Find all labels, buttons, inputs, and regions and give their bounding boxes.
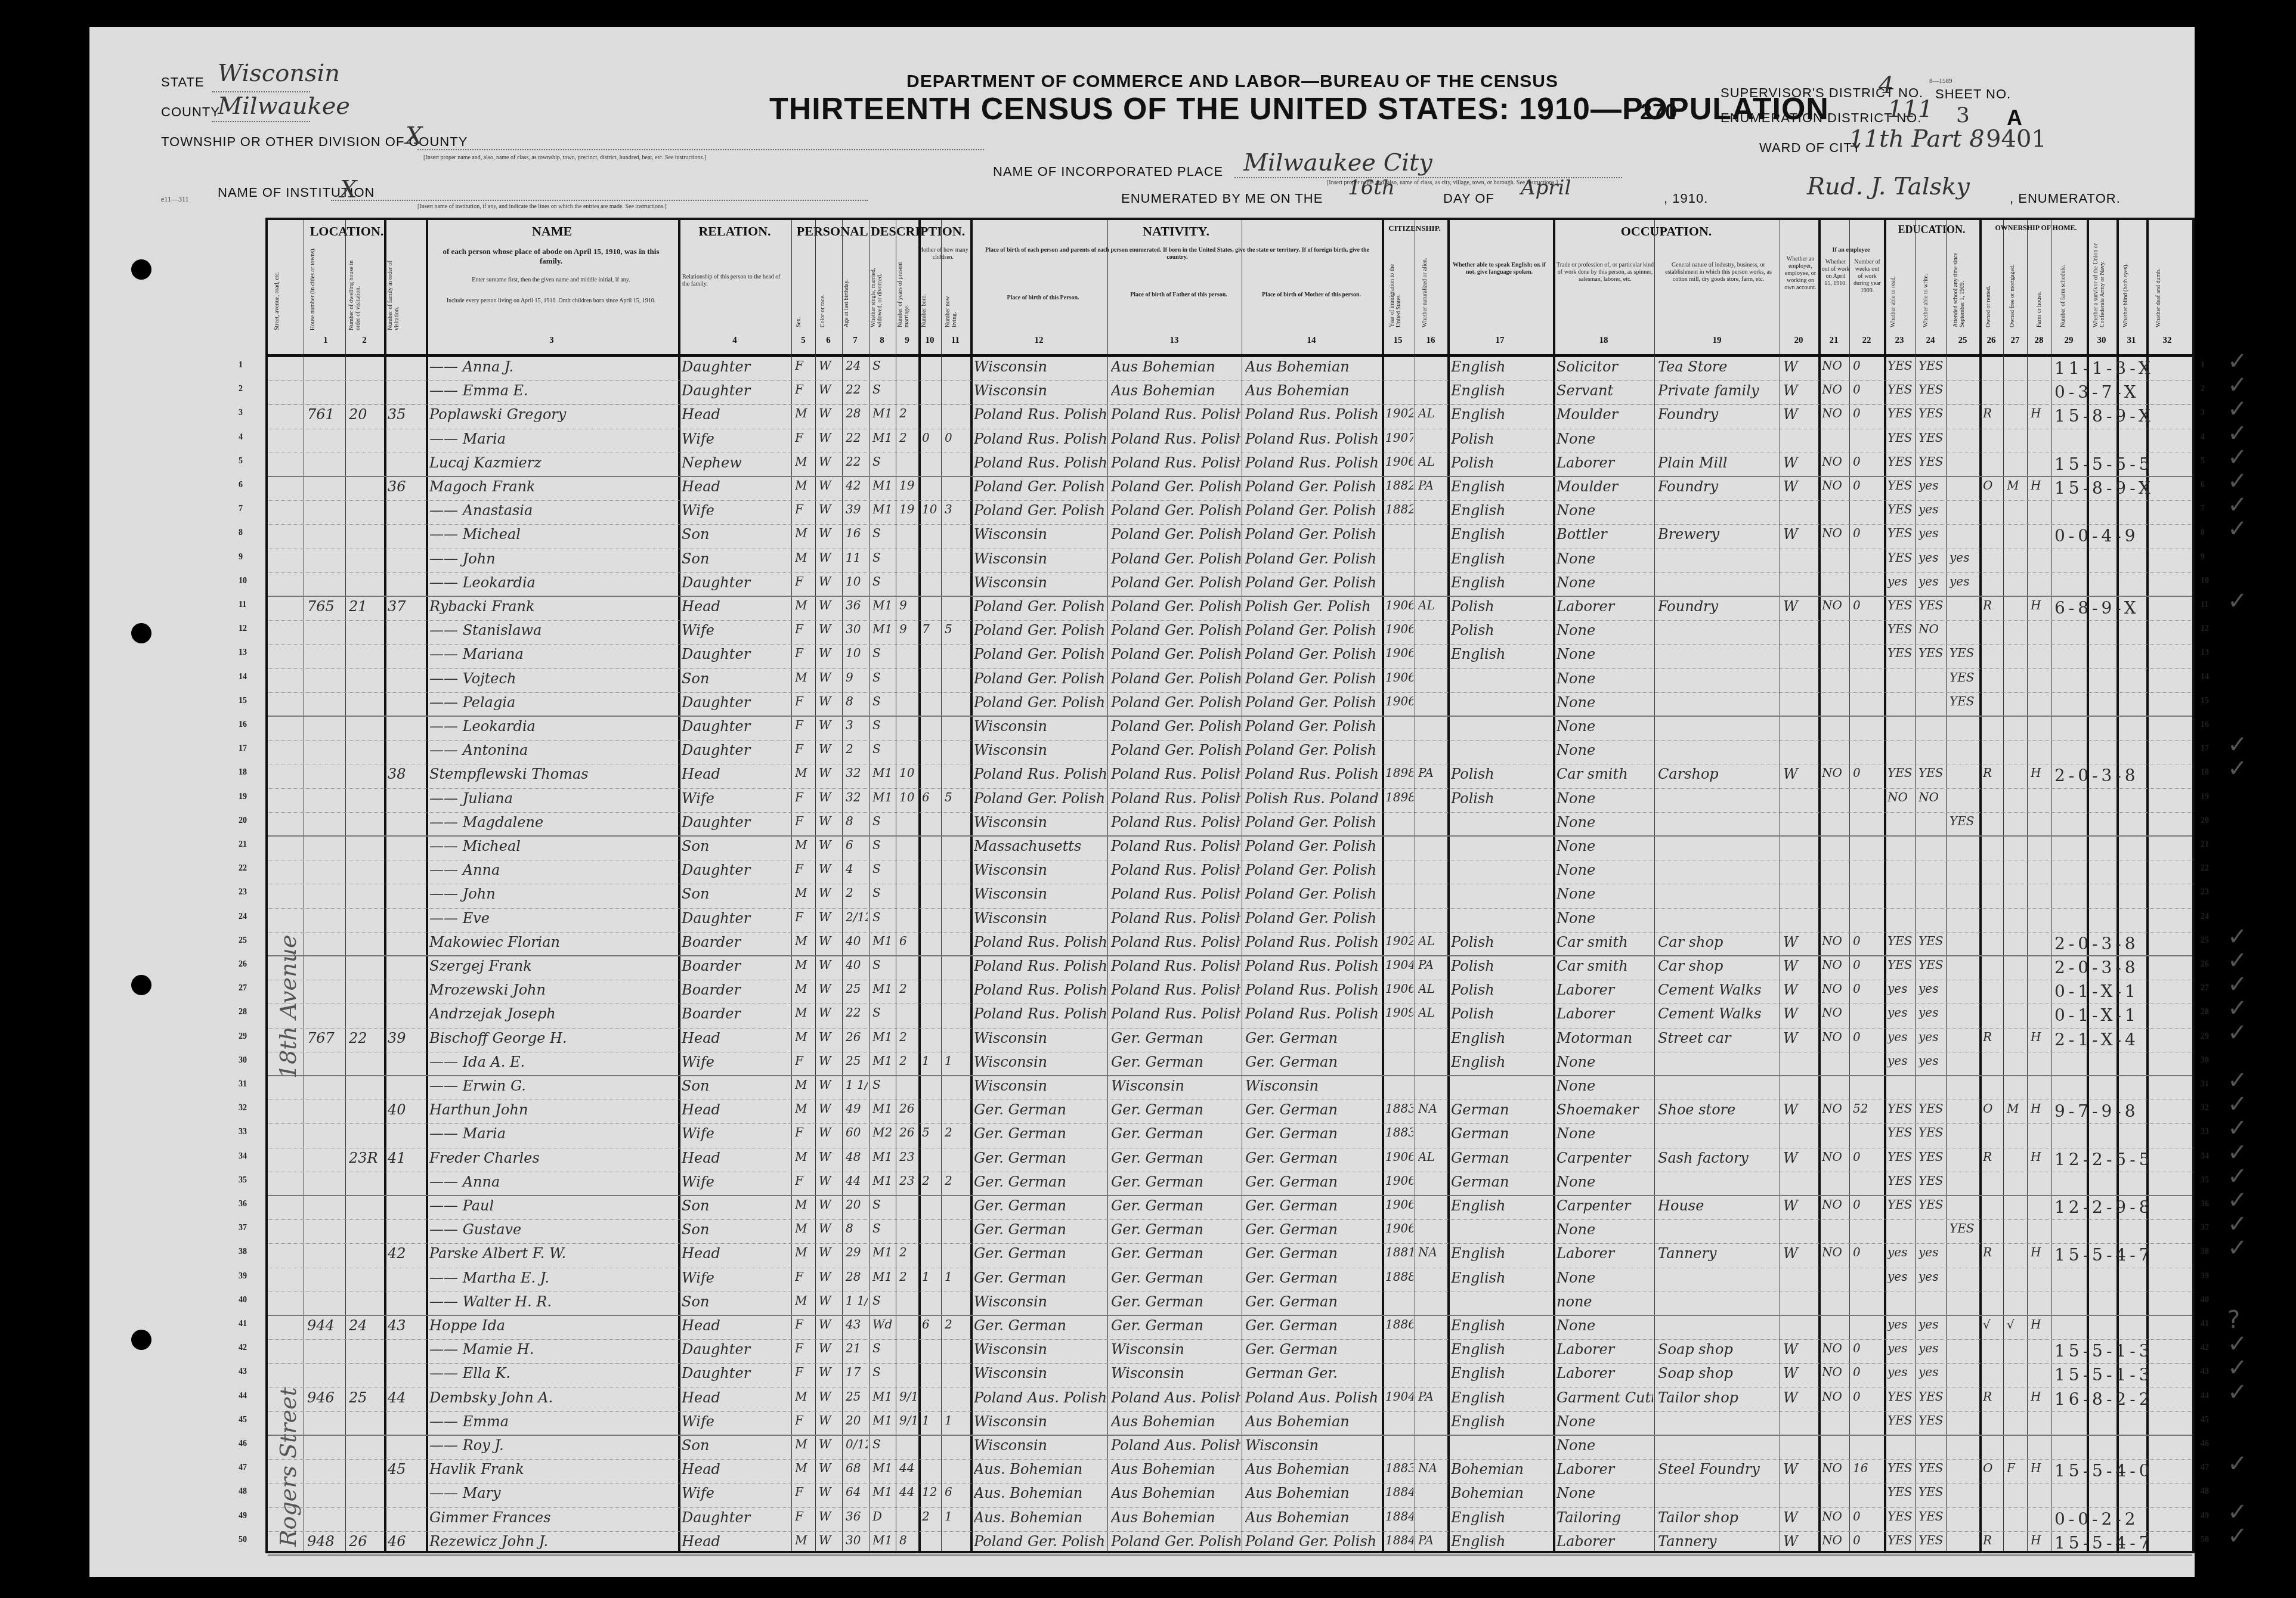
cell-pob: Poland Ger. Polish <box>974 694 1106 717</box>
cell-sex: F <box>795 502 814 525</box>
cell-sex: M <box>795 1389 814 1412</box>
cell-read: YES <box>1887 526 1914 549</box>
cell-farm <box>2031 1413 2050 1436</box>
cell-read: yes <box>1887 1005 1914 1028</box>
cell-pob_f: Wisconsin <box>1111 1365 1240 1388</box>
cell-code <box>2054 1437 2193 1460</box>
cell-code: 15-5-4-7 <box>2054 1533 2193 1556</box>
cell-living <box>945 1245 969 1268</box>
cell-industry <box>1658 431 1778 453</box>
cell-code: 2-0-3-8 <box>2054 934 2193 956</box>
cell-marital: M1 <box>872 1101 895 1124</box>
cell-imm <box>1385 1077 1413 1100</box>
cell-nat <box>1418 910 1446 933</box>
cell-relation: Son <box>682 838 790 860</box>
cell-house <box>307 1245 344 1268</box>
cell-own: R <box>1983 1150 2002 1172</box>
table-row: —— AntoninaDaughterFW2SWisconsinPoland G… <box>268 741 2192 764</box>
cell-dwelling <box>349 550 383 573</box>
cell-read: YES <box>1887 766 1914 788</box>
cell-farm: H <box>2031 1389 2050 1412</box>
cell-family <box>388 862 425 884</box>
cell-out <box>1822 862 1848 884</box>
cell-lang: English <box>1451 1389 1552 1412</box>
cell-pob_f: Aus Bohemian <box>1111 1509 1240 1532</box>
cell-relation: Wife <box>682 1125 790 1148</box>
cell-imm: 1906 <box>1385 598 1413 621</box>
cell-own <box>1983 1293 2002 1316</box>
cell-living <box>945 718 969 741</box>
cell-marital: M1 <box>872 1030 895 1052</box>
cell-weeks <box>1853 646 1883 668</box>
cell-write: YES <box>1919 1125 1945 1148</box>
cell-ym <box>899 862 917 884</box>
cell-read <box>1887 910 1914 933</box>
table-row: 36Magoch FrankHeadMW42M119Poland Ger. Po… <box>268 477 2192 501</box>
cell-own <box>1983 622 2002 645</box>
cell-pob_f: Poland Rus. Polish <box>1111 885 1240 908</box>
cell-born <box>922 1005 940 1028</box>
cell-imm: 1884 <box>1385 1509 1413 1532</box>
cell-name: Andrzejak Joseph <box>429 1005 677 1028</box>
cell-born <box>922 1533 940 1556</box>
cell-house <box>307 814 344 837</box>
checkmark-icon: ✓ <box>2227 1354 2248 1382</box>
table-row: —— VojtechSonMW9SPoland Ger. PolishPolan… <box>268 669 2192 693</box>
place-label: NAME OF INCORPORATED PLACE <box>993 164 1223 179</box>
cell-living: 0 <box>945 431 969 453</box>
cell-school <box>1950 1509 1978 1532</box>
cell-out: NO <box>1822 382 1848 405</box>
cell-imm: 1909 <box>1385 1005 1413 1028</box>
cell-read: YES <box>1887 502 1914 525</box>
cell-farm <box>2031 502 2050 525</box>
cell-race: W <box>819 598 841 621</box>
cell-name: —— Martha E. J. <box>429 1269 677 1292</box>
cell-marital: M1 <box>872 1245 895 1268</box>
cell-age: 22 <box>846 431 868 453</box>
cell-ym: 2 <box>899 1269 917 1292</box>
cell-mort <box>2007 622 2026 645</box>
cell-pob: Ger. German <box>974 1221 1106 1244</box>
cell-born <box>922 694 940 717</box>
cell-out: NO <box>1822 1533 1848 1556</box>
cell-pob: Ger. German <box>974 1245 1106 1268</box>
cell-industry: Soap shop <box>1658 1341 1778 1364</box>
cell-pob_m: Poland Ger. Polish <box>1245 838 1381 860</box>
cell-race: W <box>819 958 841 980</box>
cell-dwelling <box>349 1509 383 1532</box>
cell-ym <box>899 910 917 933</box>
cell-out <box>1822 550 1848 573</box>
cell-mort <box>2007 766 2026 788</box>
line-number: 25 <box>2201 936 2209 946</box>
cell-school <box>1950 1461 1978 1484</box>
cell-out <box>1822 646 1848 668</box>
cell-house <box>307 646 344 668</box>
cell-mort <box>2007 1030 2026 1052</box>
cell-race: W <box>819 622 841 645</box>
cell-pob_f: Poland Rus. Polish <box>1111 958 1240 980</box>
cell-weeks <box>1853 1317 1883 1340</box>
cell-out: NO <box>1822 1005 1848 1028</box>
cell-family: 38 <box>388 766 425 788</box>
cell-write: YES <box>1919 1101 1945 1124</box>
cell-relation: Daughter <box>682 382 790 405</box>
cell-pob_m: Ger. German <box>1245 1341 1381 1364</box>
cell-read <box>1887 1077 1914 1100</box>
cell-house <box>307 766 344 788</box>
cell-read <box>1887 838 1914 860</box>
cell-emp <box>1783 1125 1817 1148</box>
cell-trade: Laborer <box>1557 981 1653 1004</box>
employer-header: Whether an employer, employee, or workin… <box>1783 256 1818 292</box>
line-number: 28 <box>2201 1008 2209 1017</box>
cell-nat <box>1418 502 1446 525</box>
cell-name: —— Emma E. <box>429 382 677 405</box>
cell-lang: Bohemian <box>1451 1485 1552 1507</box>
cell-own <box>1983 790 2002 813</box>
cell-sex: M <box>795 406 814 429</box>
cell-born <box>922 958 940 980</box>
cell-pob: Wisconsin <box>974 1413 1106 1436</box>
line-number: 4 <box>239 433 243 442</box>
cell-born <box>922 478 940 501</box>
group-ownership: OWNERSHIP OF HOME. <box>1979 224 2093 233</box>
cell-out <box>1822 910 1848 933</box>
cell-own <box>1983 1173 2002 1196</box>
cell-age: 2 <box>846 885 868 908</box>
binder-hole-icon <box>131 1330 151 1350</box>
cell-emp <box>1783 1221 1817 1244</box>
cell-pob: Wisconsin <box>974 910 1106 933</box>
cell-marital: S <box>872 550 895 573</box>
cell-mort <box>2007 574 2026 597</box>
column-number: 23 <box>1890 336 1908 346</box>
cell-family <box>388 790 425 813</box>
cell-own: O <box>1983 1101 2002 1124</box>
cell-pob: Ger. German <box>974 1150 1106 1172</box>
cell-name: —— Micheal <box>429 838 677 860</box>
cell-house <box>307 934 344 956</box>
cell-sex: F <box>795 718 814 741</box>
cell-age: 28 <box>846 406 868 429</box>
cell-industry <box>1658 742 1778 764</box>
cell-pob_m: Poland Ger. Polish <box>1245 622 1381 645</box>
cell-trade: Laborer <box>1557 1005 1653 1028</box>
cell-house: 767 <box>307 1030 344 1052</box>
table-row: 9462544Dembsky John A.HeadMW25M19/12Pola… <box>268 1388 2192 1412</box>
cell-pob: Poland Rus. Polish <box>974 958 1106 980</box>
cell-mort <box>2007 454 2026 477</box>
cell-family: 43 <box>388 1317 425 1340</box>
township-note: [Insert proper name and, also, name of c… <box>423 154 706 161</box>
cell-pob: Aus. Bohemian <box>974 1485 1106 1507</box>
cell-out <box>1822 574 1848 597</box>
cell-imm: 1906 <box>1385 670 1413 693</box>
cell-imm <box>1385 1054 1413 1076</box>
cell-trade: Tailoring <box>1557 1509 1653 1532</box>
checkmark-icon: ✓ <box>2227 1114 2248 1142</box>
cell-mort <box>2007 862 2026 884</box>
cell-ym: 10 <box>899 766 917 788</box>
cell-dwelling <box>349 358 383 381</box>
cell-write: yes <box>1919 502 1945 525</box>
cell-pob_m: Polish Ger. Polish <box>1245 598 1381 621</box>
table-row: —— AnastasiaWifeFW39M119103Poland Ger. P… <box>268 501 2192 525</box>
cell-nat <box>1418 1197 1446 1220</box>
cell-relation: Head <box>682 1461 790 1484</box>
cell-name: —— Pelagia <box>429 694 677 717</box>
cell-age: 25 <box>846 1389 868 1412</box>
cell-own <box>1983 502 2002 525</box>
cell-read: YES <box>1887 1197 1914 1220</box>
column-number: 15 <box>1389 336 1407 346</box>
table-row: 7612035Poplawski GregoryHeadMW28M12Polan… <box>268 405 2192 429</box>
line-number: 17 <box>2201 744 2209 754</box>
cell-family <box>388 431 425 453</box>
cell-ym: 2 <box>899 1245 917 1268</box>
cell-mort: F <box>2007 1461 2026 1484</box>
cell-industry <box>1658 814 1778 837</box>
cell-marital: S <box>872 1077 895 1100</box>
cell-pob_f: Ger. German <box>1111 1101 1240 1124</box>
cell-write <box>1919 1293 1945 1316</box>
cell-write: YES <box>1919 934 1945 956</box>
cell-living <box>945 478 969 501</box>
cell-nat <box>1418 694 1446 717</box>
cell-lang: English <box>1451 1317 1552 1340</box>
cell-school <box>1950 766 1978 788</box>
cell-nat <box>1418 574 1446 597</box>
cell-sex: M <box>795 838 814 860</box>
cell-lang: Polish <box>1451 598 1552 621</box>
cell-read: YES <box>1887 1533 1914 1556</box>
line-number: 38 <box>2201 1247 2209 1257</box>
cell-trade: None <box>1557 814 1653 837</box>
cell-dwelling: 25 <box>349 1389 383 1412</box>
cell-name: —— John <box>429 550 677 573</box>
checkmark-icon: ✓ <box>2227 755 2248 782</box>
cell-imm: 1888 <box>1385 1269 1413 1292</box>
cell-ym <box>899 958 917 980</box>
cell-mort <box>2007 958 2026 980</box>
cell-own: R <box>1983 1533 2002 1556</box>
cell-pob_f: Ger. German <box>1111 1150 1240 1172</box>
cell-age: 8 <box>846 694 868 717</box>
cell-born <box>922 910 940 933</box>
line-number: 18 <box>2201 768 2209 778</box>
cell-name: Lucaj Kazmierz <box>429 454 677 477</box>
cell-code: 15-8-9-X <box>2054 406 2193 429</box>
cell-relation: Wife <box>682 502 790 525</box>
cell-race: W <box>819 838 841 860</box>
cell-mort <box>2007 885 2026 908</box>
cell-emp: W <box>1783 1389 1817 1412</box>
cell-born: 1 <box>922 1054 940 1076</box>
cell-read: YES <box>1887 478 1914 501</box>
cell-emp: W <box>1783 1509 1817 1532</box>
cell-pob_f: Poland Rus. Polish <box>1111 431 1240 453</box>
cell-living <box>945 526 969 549</box>
cell-ym: 19 <box>899 478 917 501</box>
line-number: 9 <box>2201 553 2205 562</box>
line-number: 2 <box>2201 385 2205 394</box>
cell-family <box>388 1437 425 1460</box>
cell-write <box>1919 814 1945 837</box>
ed-value: 111 <box>1887 95 1933 123</box>
cell-nat <box>1418 1269 1446 1292</box>
line-number: 8 <box>2201 528 2205 538</box>
cell-house <box>307 1150 344 1172</box>
cell-house <box>307 550 344 573</box>
cell-weeks <box>1853 694 1883 717</box>
cell-age: 26 <box>846 1030 868 1052</box>
checkmark-icon: ? <box>2227 1306 2240 1334</box>
cell-trade: Garment Cutter <box>1557 1389 1653 1412</box>
cell-pob: Poland Rus. Polish <box>974 1005 1106 1028</box>
cell-weeks <box>1853 885 1883 908</box>
cell-emp: W <box>1783 598 1817 621</box>
cell-race: W <box>819 1054 841 1076</box>
cell-pob_f: Poland Ger. Polish <box>1111 718 1240 741</box>
cell-farm <box>2031 1341 2050 1364</box>
cell-marital: M1 <box>872 1461 895 1484</box>
line-number: 21 <box>239 840 247 850</box>
cell-dwelling <box>349 431 383 453</box>
cell-house <box>307 574 344 597</box>
cell-nat: NA <box>1418 1461 1446 1484</box>
cell-dwelling <box>349 382 383 405</box>
cell-industry <box>1658 1173 1778 1196</box>
cell-write: YES <box>1919 1173 1945 1196</box>
cell-read: yes <box>1887 981 1914 1004</box>
cell-pob_m: Poland Rus. Polish <box>1245 981 1381 1004</box>
cell-write <box>1919 670 1945 693</box>
column-number: 26 <box>1982 336 2000 346</box>
column-number: 19 <box>1708 336 1726 346</box>
line-number: 38 <box>239 1247 247 1257</box>
cell-family <box>388 1365 425 1388</box>
cell-marital: S <box>872 1293 895 1316</box>
cell-imm: 1898 <box>1385 766 1413 788</box>
column-number: 21 <box>1825 336 1843 346</box>
cell-living <box>945 1221 969 1244</box>
cell-age: 32 <box>846 790 868 813</box>
cell-family <box>388 718 425 741</box>
line-number: 32 <box>2201 1104 2209 1113</box>
cell-mort <box>2007 934 2026 956</box>
cell-name: —— Juliana <box>429 790 677 813</box>
cell-marital: S <box>872 1341 895 1364</box>
cell-pob_f: Poland Ger. Polish <box>1111 502 1240 525</box>
cell-pob_f: Ger. German <box>1111 1125 1240 1148</box>
cell-industry <box>1658 1221 1778 1244</box>
cell-farm <box>2031 1365 2050 1388</box>
cell-age: 42 <box>846 478 868 501</box>
mortgaged-header: Owned free or mortgaged. <box>2009 247 2016 327</box>
cell-marital: S <box>872 1005 895 1028</box>
cell-code <box>2054 814 2193 837</box>
cell-relation: Head <box>682 1150 790 1172</box>
cell-weeks <box>1853 574 1883 597</box>
checkmark-icon: ✓ <box>2227 467 2248 495</box>
cell-read <box>1887 885 1914 908</box>
cell-relation: Son <box>682 1197 790 1220</box>
cell-house <box>307 981 344 1004</box>
cell-code <box>2054 1054 2193 1076</box>
cell-sex: F <box>795 574 814 597</box>
table-row: 38Stempflewski ThomasHeadMW32M110Poland … <box>268 764 2192 788</box>
sex-header: Sex. <box>796 292 802 327</box>
cell-race: W <box>819 1413 841 1436</box>
cell-living <box>945 358 969 381</box>
cell-school: YES <box>1950 814 1978 837</box>
cell-marital: S <box>872 742 895 764</box>
cell-pob: Ger. German <box>974 1317 1106 1340</box>
line-number: 24 <box>2201 912 2209 922</box>
cell-living <box>945 838 969 860</box>
cell-ym <box>899 574 917 597</box>
cell-imm: 1886 <box>1385 1317 1413 1340</box>
cell-write <box>1919 1437 1945 1460</box>
table-row: —— PaulSonMW20SGer. GermanGer. GermanGer… <box>268 1196 2192 1220</box>
cell-family: 44 <box>388 1389 425 1412</box>
cell-school <box>1950 1101 1978 1124</box>
cell-emp <box>1783 885 1817 908</box>
cell-mort <box>2007 1150 2026 1172</box>
cell-ym: 44 <box>899 1485 917 1507</box>
cell-pob_f: Poland Ger. Polish <box>1111 598 1240 621</box>
cell-house: 761 <box>307 406 344 429</box>
cell-weeks <box>1853 1413 1883 1436</box>
cell-lang: English <box>1451 646 1552 668</box>
cell-pob: Poland Rus. Polish <box>974 766 1106 788</box>
checkmark-icon: ✓ <box>2227 947 2248 974</box>
table-row: —— Mamie H.DaughterFW21SWisconsinWiscons… <box>268 1340 2192 1364</box>
cell-family <box>388 814 425 837</box>
cell-code: 6-8-9-X <box>2054 598 2193 621</box>
cell-family <box>388 526 425 549</box>
cell-dwelling <box>349 1197 383 1220</box>
cell-age: 28 <box>846 1269 868 1292</box>
state-label: STATE <box>161 75 205 90</box>
cell-race: W <box>819 814 841 837</box>
cell-read: yes <box>1887 1054 1914 1076</box>
cell-emp: W <box>1783 1341 1817 1364</box>
cell-write <box>1919 718 1945 741</box>
cell-dwelling <box>349 1413 383 1436</box>
cell-pob_m: Poland Ger. Polish <box>1245 550 1381 573</box>
cell-farm <box>2031 1173 2050 1196</box>
line-number: 50 <box>2201 1535 2209 1545</box>
cell-read: YES <box>1887 406 1914 429</box>
column-number: 1 <box>317 336 335 346</box>
cell-school <box>1950 1077 1978 1100</box>
cell-relation: Son <box>682 885 790 908</box>
cell-dwelling <box>349 1437 383 1460</box>
cell-lang: Polish <box>1451 622 1552 645</box>
cell-race: W <box>819 862 841 884</box>
cell-born <box>922 885 940 908</box>
cell-emp <box>1783 670 1817 693</box>
cell-dwelling <box>349 1485 383 1507</box>
cell-living <box>945 670 969 693</box>
cell-mort <box>2007 1293 2026 1316</box>
cell-pob: Wisconsin <box>974 718 1106 741</box>
house-header: House number (in cities or towns). <box>310 247 316 330</box>
cell-living: 1 <box>945 1509 969 1532</box>
